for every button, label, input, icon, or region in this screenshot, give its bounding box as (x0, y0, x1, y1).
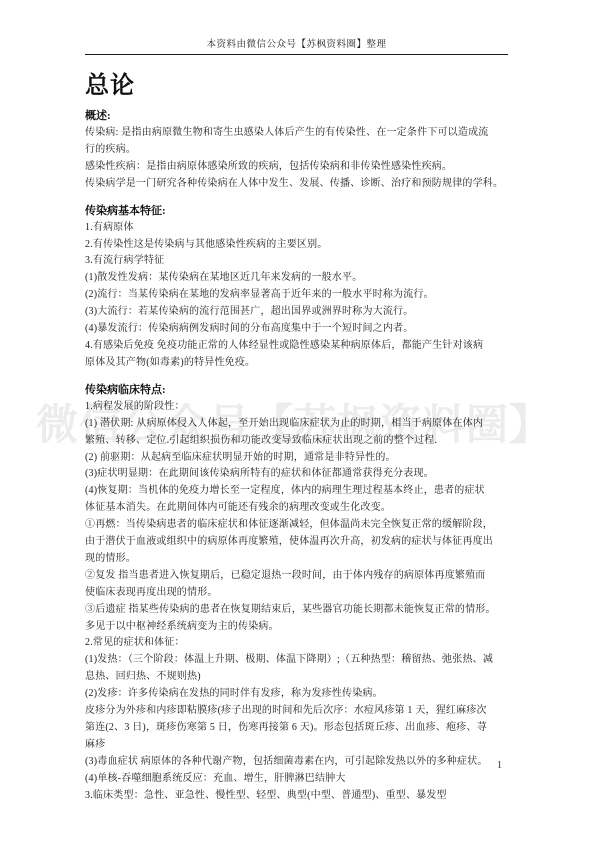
text-line: 2.常见的症状和体征： (85, 635, 513, 652)
text-line: (1)发热：（三个阶段：体温上升期、极期、体温下降期）;（五种热型：稽留热、弛张… (85, 652, 513, 669)
text-line: ②复发 指当患者进入恢复期后，已稳定退热一段时间，由于体内残存的病原体再度繁殖而 (85, 568, 513, 585)
text-line: (4)单核-吞噬细胞系统反应：充血、增生，肝脾淋巴结肿大 (85, 771, 513, 788)
text-line: ③后遗症 指某些传染病的患者在恢复期结束后，某些器官功能长期都未能恢复正常的情形… (85, 602, 513, 619)
text-line: 麻疹 (85, 737, 513, 754)
text-line: (3)毒血症状 病原体的各种代谢产物，包括细菌毒素在内，可引起除发热以外的多种症… (85, 754, 513, 771)
text-line: 3.有流行病学特征 (85, 253, 513, 270)
text-line: 传染病学是一门研究各种传染病在人体中发生、发展、传播、诊断、治疗和预防规律的学科… (85, 176, 513, 193)
text-line: (2) 前驱期：从起病至临床症状明显开始的时期，通常是非特异性的。 (85, 450, 513, 467)
section: 传染病基本特征:1.有病原体2.有传染性这是传染病与其他感染性疾病的主要区别。3… (85, 203, 513, 372)
page-title: 总论 (85, 70, 513, 102)
text-line: 3.临床类型：急性、亚急性、慢性型、轻型、典型(中型、普通型)、重型、暴发型 (85, 788, 513, 805)
section: 传染病临床特点:1.病程发展的阶段性：(1) 潜伏期: 从病原体侵入人体起，至开… (85, 382, 513, 805)
text-line: 第连(2、3 日)，斑疹伤寒第 5 日，伤寒再接第 6 天)。形态包括斑丘疹、出… (85, 720, 513, 737)
document-body: 总论 概述:传染病: 是指由病原微生物和寄生虫感染人体后产生的有传染性、在一定条… (85, 70, 513, 805)
text-line: 传染病: 是指由病原微生物和寄生虫感染人体后产生的有传染性、在一定条件下可以造成… (85, 125, 513, 142)
text-line: 行的疾病。 (85, 142, 513, 159)
section-heading: 传染病基本特征: (85, 203, 513, 220)
section-heading: 概述: (85, 108, 513, 125)
section-heading: 传染病临床特点: (85, 382, 513, 399)
text-line: (2)流行：当某传染病在某地的发病率显著高于近年来的一般水平时称为流行。 (85, 287, 513, 304)
header-text: 本资料由微信公众号【苏枫资料圈】整理 (206, 40, 386, 50)
text-line: 现的情形。 (85, 551, 513, 568)
text-line: 2.有传染性这是传染病与其他感染性疾病的主要区别。 (85, 237, 513, 254)
text-line: (3)症状明显期：在此期间该传染病所特有的症状和体征都通常获得充分表现。 (85, 466, 513, 483)
text-line: 使临床表现再度出现的情形。 (85, 585, 513, 602)
text-line: (1) 潜伏期: 从病原体侵入人体起，至开始出现临床症状为止的时期，相当于病原体… (85, 416, 513, 433)
text-line: 多见于以中枢神经系统病变为主的传染病。 (85, 619, 513, 636)
text-line: 由于潜伏于血液或组织中的病原体再度繁殖，使体温再次升高，初发病的症状与体征再度出 (85, 534, 513, 551)
text-line: (3)大流行：若某传染病的流行范围甚广，超出国界或洲界时称为大流行。 (85, 304, 513, 321)
text-line: 皮疹分为外疹和内疹即粘膜疹(疹子出现的时间和先后次序：水痘风疹第 1 天，猩红麻… (85, 703, 513, 720)
document-content: 概述:传染病: 是指由病原微生物和寄生虫感染人体后产生的有传染性、在一定条件下可… (85, 108, 513, 805)
text-line: 4.有感染后免疫 免疫功能正常的人体经显性或隐性感染某种病原体后，都能产生针对该… (85, 338, 513, 355)
text-line: 息热、回归热、不规则热) (85, 669, 513, 686)
text-line: 体征基本消失。在此期间体内可能还有残余的病理改变或生化改变。 (85, 500, 513, 517)
text-line: (1)散发性发病：某传染病在某地区近几年来发病的一般水平。 (85, 270, 513, 287)
text-line: 繁殖、转移、定位.引起组织损伤和功能改变导致临床症状出现之前的整个过程. (85, 433, 513, 450)
text-line: (4)恢复期：当机体的免疫力增长至一定程度，体内的病理生理过程基本终止，患者的症… (85, 483, 513, 500)
text-line: 感染性疾病：是指由病原体感染所致的疾病，包括传染病和非传染性感染性疾病。 (85, 159, 513, 176)
text-line: 1.有病原体 (85, 220, 513, 237)
text-line: 1.病程发展的阶段性： (85, 399, 513, 416)
document-page: 本资料由微信公众号【苏枫资料圈】整理 微信公众号【苏枫资料圈】 总论 概述:传染… (0, 0, 595, 841)
text-line: 原体及其产物(如毒素)的特异性免疫。 (85, 355, 513, 372)
section: 概述:传染病: 是指由病原微生物和寄生虫感染人体后产生的有传染性、在一定条件下可… (85, 108, 513, 193)
page-header: 本资料由微信公众号【苏枫资料圈】整理 (85, 0, 508, 55)
text-line: ①再燃：当传染病患者的临床症状和体征逐渐减轻，但体温尚未完全恢复正常的缓解阶段， (85, 517, 513, 534)
text-line: (4)暴发流行：传染病病例发病时间的分布高度集中于一个短时间之内者。 (85, 321, 513, 338)
text-line: (2)发疹：许多传染病在发热的同时伴有发疹，称为发疹性传染病。 (85, 686, 513, 703)
